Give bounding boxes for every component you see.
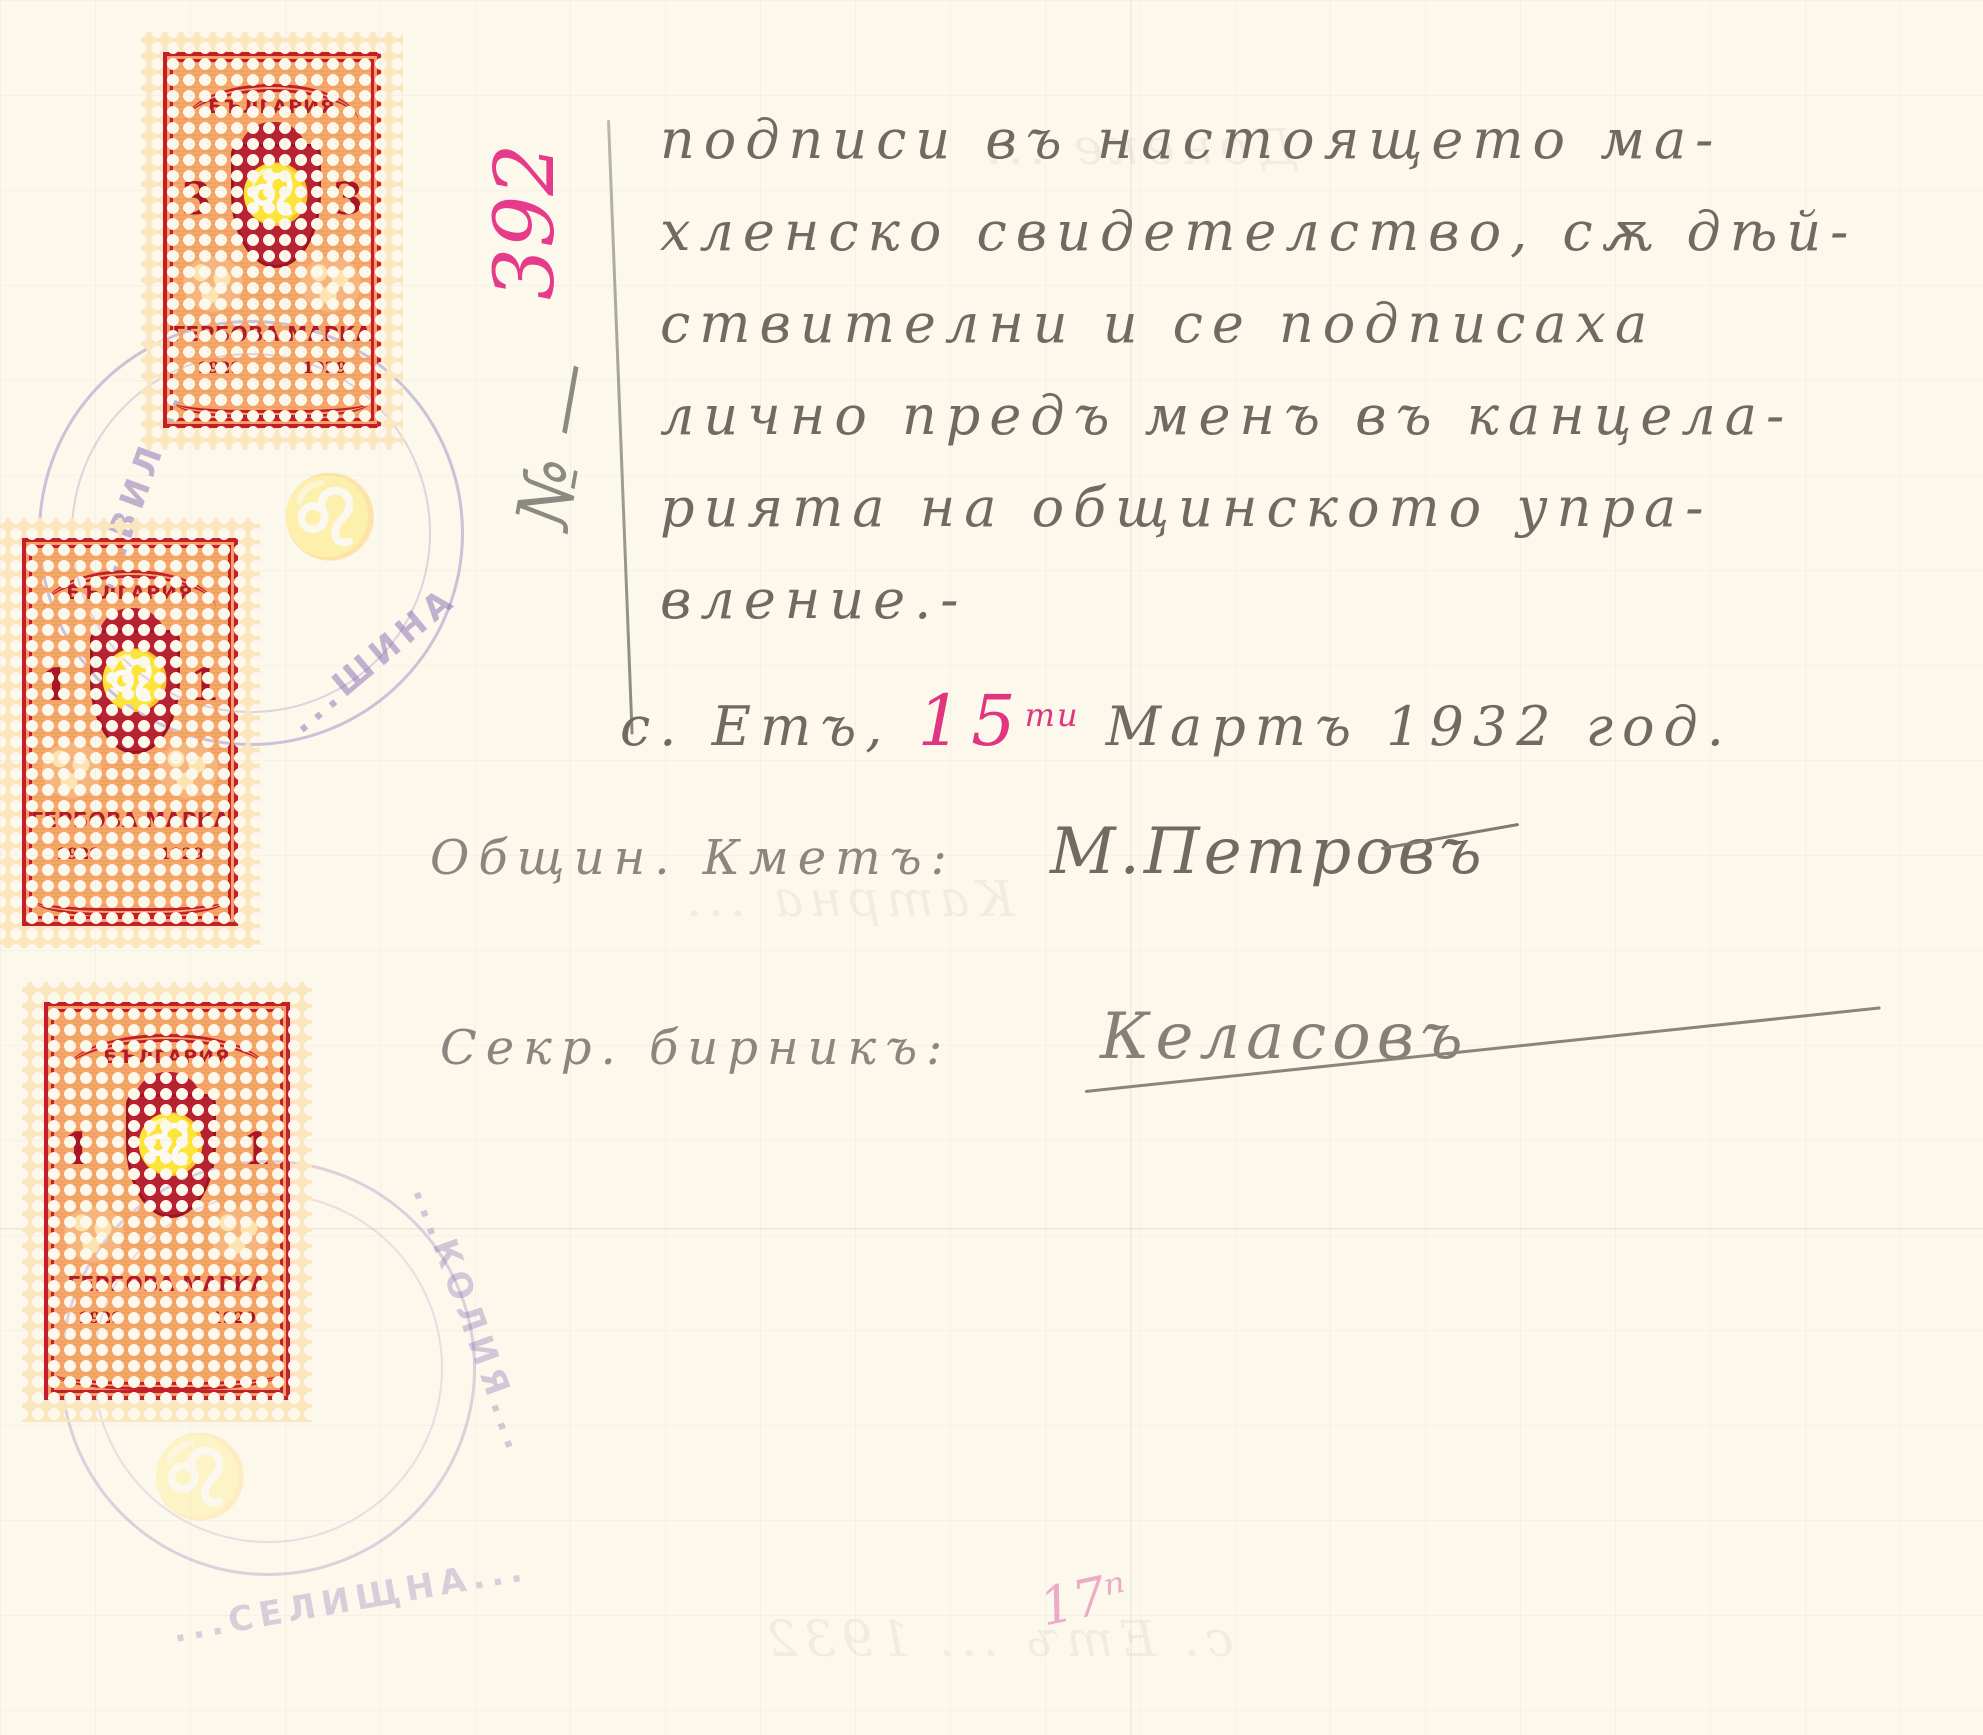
- seal-lion-icon: ♌: [150, 1430, 250, 1524]
- lion-icon: ♌: [93, 651, 177, 709]
- stamp-years: 19291929: [56, 844, 204, 863]
- grapes-ornament: [42, 742, 102, 798]
- seal-lion-icon: ♌: [280, 470, 380, 564]
- coat-of-arms-icon: ♌: [231, 144, 321, 268]
- revenue-stamp-3: БЪЛГАРИЯ ♌ 3 3 ГЕРБОВА МАРКА 19291929: [141, 32, 403, 450]
- coat-of-arms-icon: ♌: [126, 1094, 216, 1218]
- revenue-stamp-1a: БЪЛГАРИЯ ♌ 1 1 ГЕРБОВА МАРКА 19291929: [0, 518, 260, 948]
- stamp-year: 1929: [56, 844, 101, 863]
- stamp-ornament: [56, 1352, 278, 1390]
- coat-of-arms-icon: ♌: [90, 630, 180, 754]
- lion-icon: ♌: [129, 1115, 213, 1173]
- stamp-value: 1: [62, 1124, 93, 1175]
- revenue-stamp-1b: БЪЛГАРИЯ ♌ 1 1 ГЕРБОВА МАРКА 19291929: [22, 982, 312, 1422]
- body-line: подписи въ настоящето ма-: [660, 108, 1722, 171]
- date-day: 15: [918, 680, 1025, 762]
- stamp-year: 1929: [78, 1308, 123, 1327]
- body-line: хленско свидетелство, сѫ дѣй-: [660, 200, 1857, 263]
- stamp-years: 19291929: [197, 358, 347, 377]
- bleed-through-text: с. Етъ ... 1932: [760, 1610, 1234, 1668]
- paper-sheet: Донеке ... Катрна ... с. Етъ ... 1932 ♌ …: [0, 0, 1983, 1735]
- stamp-year: 1929: [197, 358, 242, 377]
- stamp-year: 1929: [211, 1308, 256, 1327]
- lion-icon: ♌: [234, 165, 318, 223]
- secretary-signature: Келасовъ: [1100, 1000, 1469, 1074]
- date-month: Мартъ: [1106, 695, 1360, 758]
- registration-prefix: № —: [500, 355, 614, 535]
- grapes-ornament: [158, 742, 218, 798]
- stamp-country: БЪЛГАРИЯ: [167, 96, 377, 118]
- registration-number: 392: [478, 143, 573, 300]
- stamp-country: БЪЛГАРИЯ: [26, 582, 234, 604]
- stamp-value: 3: [332, 174, 363, 225]
- body-line: рията на общинското упра-: [660, 476, 1712, 539]
- stamp-label: ГЕРБОВА МАРКА: [26, 808, 234, 832]
- stamp-year: 1929: [302, 358, 347, 377]
- stamp-value: 1: [189, 660, 220, 711]
- body-line: лично предъ менъ въ канцела-: [660, 384, 1793, 447]
- margin-line: [607, 120, 634, 735]
- stamp-ornament: [175, 380, 369, 418]
- grapes-ornament: [301, 256, 361, 312]
- stamp-value: 1: [241, 1124, 272, 1175]
- body-line: вление.-: [660, 568, 968, 631]
- secretary-title: Секр. бирникъ:: [440, 1020, 951, 1076]
- date-line: с. Етъ, 15ти Мартъ 1932 год.: [620, 680, 1733, 762]
- stamp-years: 19291929: [78, 1308, 256, 1327]
- stamp-ornament: [34, 878, 226, 916]
- grapes-ornament: [64, 1206, 124, 1262]
- mayor-title: Общин. Кметъ:: [430, 830, 956, 886]
- date-year: 1932 год.: [1386, 695, 1733, 758]
- stamp-year: 1929: [159, 844, 204, 863]
- date-place: с. Етъ,: [620, 695, 891, 758]
- grapes-ornament: [183, 256, 243, 312]
- stamp-value: 3: [181, 174, 212, 225]
- body-line: ствителни и се подписаха: [660, 292, 1656, 355]
- stamp-value: 1: [40, 660, 71, 711]
- stamp-label: ГЕРБОВА МАРКА: [48, 1272, 286, 1296]
- date-day-suffix: ти: [1025, 696, 1080, 734]
- stamp-label: ГЕРБОВА МАРКА: [167, 322, 377, 346]
- mayor-signature: М.Петровъ: [1050, 815, 1486, 889]
- stamp-country: БЪЛГАРИЯ: [48, 1046, 286, 1068]
- grapes-ornament: [210, 1206, 270, 1262]
